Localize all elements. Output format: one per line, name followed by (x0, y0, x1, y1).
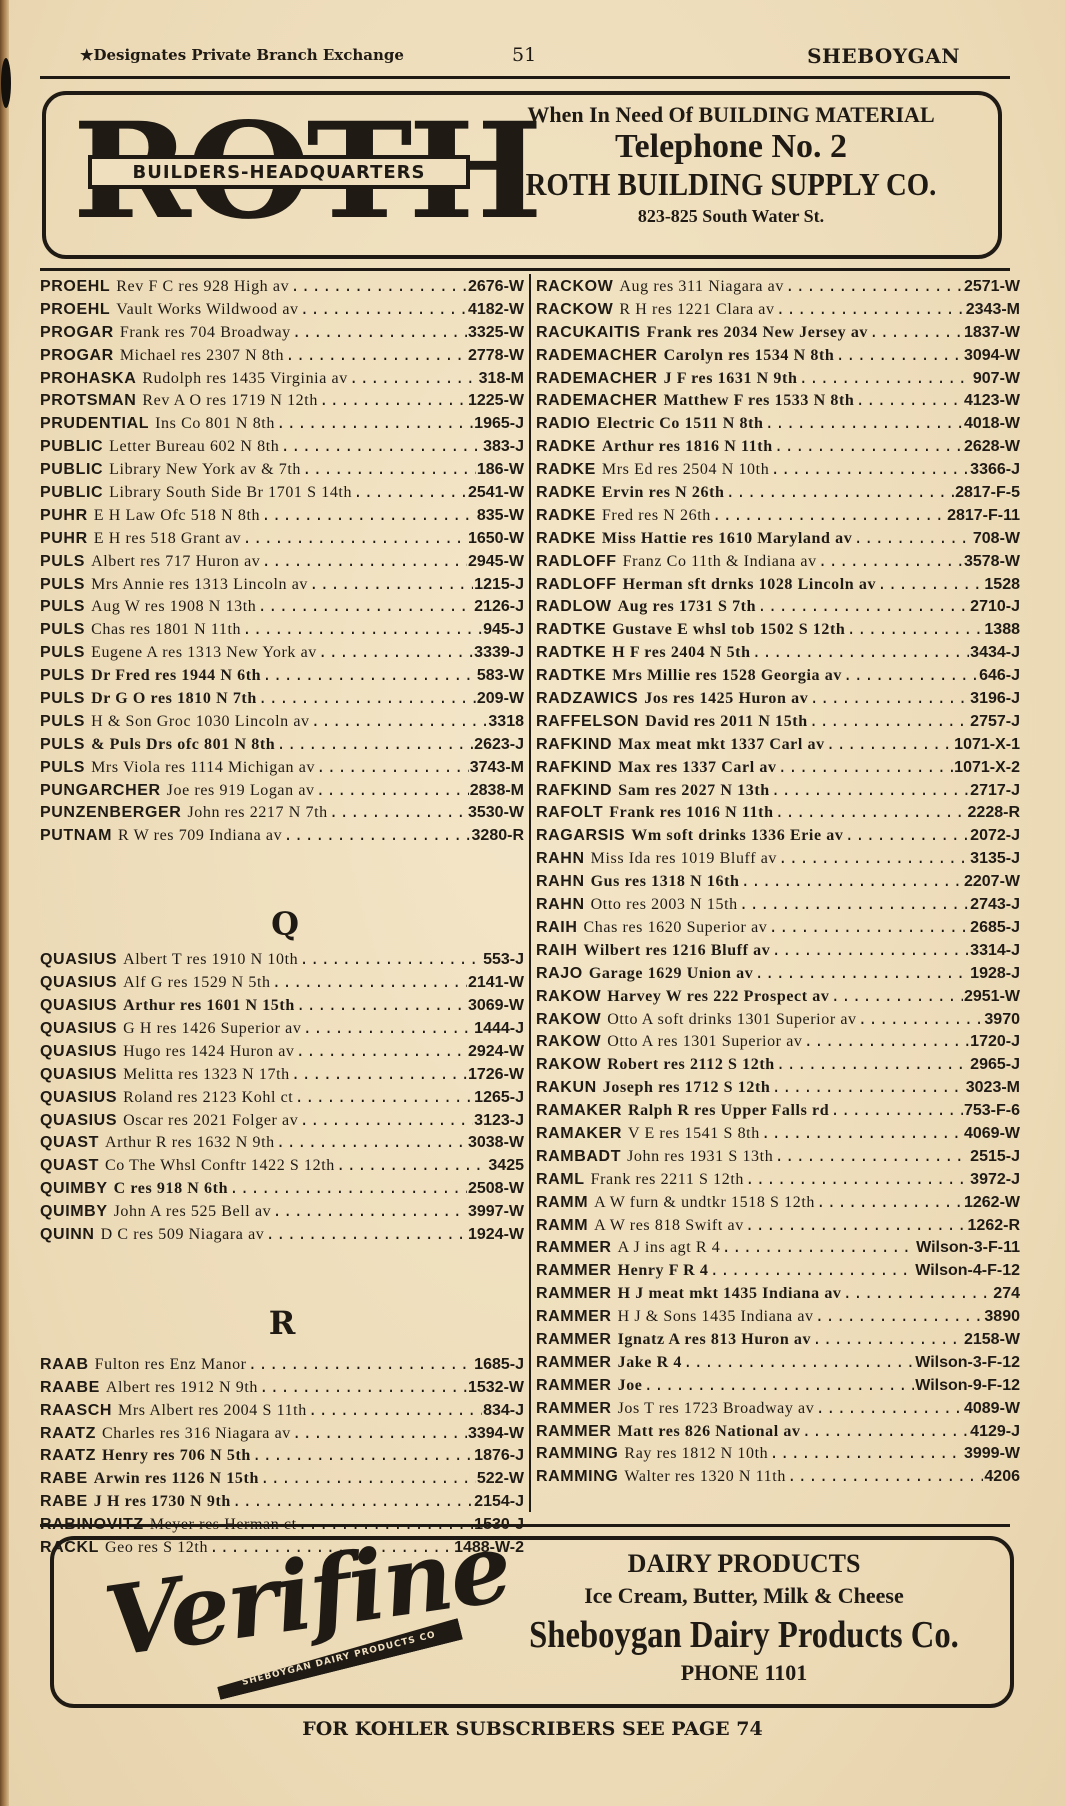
listing-entry: PROEHLVault Works Wildwood av4182-W (40, 299, 524, 322)
listing-entry: RADEMACHERJ F res 1631 N 9th907-W (536, 368, 1020, 391)
listing-entry: PUTNAMR W res 709 Indiana av3280-R (40, 825, 524, 848)
listing-column-left: PROEHLRev F C res 928 High av2676-W PROE… (40, 276, 524, 1560)
listing-entry: RAJOGarage 1629 Union av1928-J (536, 963, 1020, 986)
listing-entry: PROEHLRev F C res 928 High av2676-W (40, 276, 524, 299)
listing-entry: RADKEMiss Hattie res 1610 Maryland av708… (536, 528, 1020, 551)
listing-entry: RAKUNJoseph res 1712 S 12th3023-M (536, 1077, 1020, 1100)
listing-entry: RADIOElectric Co 1511 N 8th4018-W (536, 413, 1020, 436)
listing-entry: QUASIUSAlbert T res 1910 N 10th553-J (40, 949, 524, 972)
listing-entry: QUIMBYJohn A res 525 Bell av3997-W (40, 1201, 524, 1224)
listing-entry: RAMLFrank res 2211 S 12th3972-J (536, 1169, 1020, 1192)
section-heading-r: R (40, 1268, 524, 1354)
listing-entry: RADKEFred res N 26th2817-F-11 (536, 505, 1020, 528)
listing-entry: PROGARMichael res 2307 N 8th2778-W (40, 345, 524, 368)
listing-entry: RAMAKERV E res 1541 S 8th4069-W (536, 1123, 1020, 1146)
roth-advertisement: ROTH BUILDERS-HEADQUARTERS When In Need … (42, 91, 1002, 259)
listing-entry: QUASTCo The Whsl Conftr 1422 S 12th3425 (40, 1155, 524, 1178)
section-heading-q: Q (40, 881, 530, 949)
listing-entry: QUASIUSArthur res 1601 N 15th3069-W (40, 995, 524, 1018)
listing-entry: PULS& Puls Drs ofc 801 N 8th2623-J (40, 734, 524, 757)
page-header: ★Designates Private Branch Exchange 51 S… (80, 44, 960, 68)
listing-entry: RAABFulton res Enz Manor1685-J (40, 1354, 524, 1377)
listing-entry: PUBLICLibrary New York av & 7th186-W (40, 459, 524, 482)
listing-entry: RAFKINDMax meat mkt 1337 Carl av1071-X-1 (536, 734, 1020, 757)
listing-entry: RAMMINGRay res 1812 N 10th3999-W (536, 1443, 1020, 1466)
listing-entry: RACKOWAug res 311 Niagara av2571-W (536, 276, 1020, 299)
listing-entry: PUNZENBERGERJohn res 2217 N 7th3530-W (40, 802, 524, 825)
listing-entry: PULSAug W res 1908 N 13th2126-J (40, 596, 524, 619)
listing-entry: PULSChas res 1801 N 11th945-J (40, 619, 524, 642)
dairy-heading: DAIRY PRODUCTS (494, 1548, 994, 1580)
listing-entry: RAMMERA J ins agt R 4Wilson-3-F-11 (536, 1237, 1020, 1260)
listing-entry: PULSAlbert res 717 Huron av2945-W (40, 551, 524, 574)
listing-entry: RAKOWOtto A soft drinks 1301 Superior av… (536, 1009, 1020, 1032)
roth-address: 823-825 South Water St. (476, 203, 986, 229)
listing-entry: QUASIUSRoland res 2123 Kohl ct1265-J (40, 1087, 524, 1110)
roth-ad-text: When In Need Of BUILDING MATERIAL Teleph… (476, 101, 986, 229)
listing-entry: RAMMERJoeWilson-9-F-12 (536, 1375, 1020, 1398)
page-number: 51 (512, 44, 536, 66)
listing-top-rule (40, 268, 1010, 271)
listing-entry: QUASIUSOscar res 2021 Folger av3123-J (40, 1110, 524, 1133)
listing-entry: RADTKEH F res 2404 N 5th3434-J (536, 642, 1020, 665)
listing-entry: RACUKAITISFrank res 2034 New Jersey av18… (536, 322, 1020, 345)
listing-entry: RAABEAlbert res 1912 N 9th1532-W (40, 1377, 524, 1400)
verifine-script: Verifine (98, 1510, 516, 1678)
listing-entry: RAMMERHenry F R 4Wilson-4-F-12 (536, 1260, 1020, 1283)
listing-entry: RABEJ H res 1730 N 9th2154-J (40, 1491, 524, 1514)
roth-telephone: Telephone No. 2 (476, 129, 986, 165)
listing-entry: RADKEArthur res 1816 N 11th2628-W (536, 436, 1020, 459)
listing-entry: PULSMrs Annie res 1313 Lincoln av1215-J (40, 574, 524, 597)
listing-entry: RAMMERJos T res 1723 Broadway av4089-W (536, 1398, 1020, 1421)
listing-entry: PULSDr Fred res 1944 N 6th583-W (40, 665, 524, 688)
footer-note: FOR KOHLER SUBSCRIBERS SEE PAGE 74 (0, 1718, 1065, 1740)
listing-entry: RAGARSISWm soft drinks 1336 Erie av2072-… (536, 825, 1020, 848)
listing-entry: RAMBADTJohn res 1931 S 13th2515-J (536, 1146, 1020, 1169)
listing-entry: RAMMERIgnatz A res 813 Huron av2158-W (536, 1329, 1020, 1352)
listing-entry: RACKOWR H res 1221 Clara av2343-M (536, 299, 1020, 322)
listing-entry: RAFFELSONDavid res 2011 N 15th2757-J (536, 711, 1020, 734)
roth-logo: ROTH BUILDERS-HEADQUARTERS (88, 111, 478, 239)
listing-entry: PUHRE H res 518 Grant av1650-W (40, 528, 524, 551)
listing-entry: RAMAKERRalph R res Upper Falls rd753-F-6 (536, 1100, 1020, 1123)
listing-entry: RADLOFFHerman sft drnks 1028 Lincoln av1… (536, 574, 1020, 597)
listing-entry: QUASIUSHugo res 1424 Huron av2924-W (40, 1041, 524, 1064)
listing-entry: QUIMBYC res 918 N 6th2508-W (40, 1178, 524, 1201)
listing-entry: RADLOFFFranz Co 11th & Indiana av3578-W (536, 551, 1020, 574)
header-rule (40, 76, 1010, 79)
listing-entry: RADEMACHERCarolyn res 1534 N 8th3094-W (536, 345, 1020, 368)
listing-entry: RAHNGus res 1318 N 16th2207-W (536, 871, 1020, 894)
listing-entry: RAATZHenry res 706 N 5th1876-J (40, 1445, 524, 1468)
roth-tagline: When In Need Of BUILDING MATERIAL (476, 101, 986, 129)
listing-entry: PUNGARCHERJoe res 919 Logan av2838-M (40, 780, 524, 803)
listing-bottom-rule (40, 1524, 1010, 1527)
listing-entry: QUASIUSG H res 1426 Superior av1444-J (40, 1018, 524, 1041)
listing-entry: RAMMA W furn & undtkr 1518 S 12th1262-W (536, 1192, 1020, 1215)
listing-entry: PROGARFrank res 704 Broadway3325-W (40, 322, 524, 345)
listing-entry: PUBLICLetter Bureau 602 N 8th383-J (40, 436, 524, 459)
listing-entry: RAATZCharles res 316 Niagara av3394-W (40, 1423, 524, 1446)
listing-entry: RAASCHMrs Albert res 2004 S 11th834-J (40, 1400, 524, 1423)
listing-entry: QUASTArthur R res 1632 N 9th3038-W (40, 1132, 524, 1155)
listing-entry: PROTSMANRev A O res 1719 N 12th1225-W (40, 390, 524, 413)
listing-entry: PUBLICLibrary South Side Br 1701 S 14th2… (40, 482, 524, 505)
dairy-products-list: Ice Cream, Butter, Milk & Cheese (494, 1580, 994, 1612)
listing-entry: RADEMACHERMatthew F res 1533 N 8th4123-W (536, 390, 1020, 413)
listing-entry: RAKOWRobert res 2112 S 12th2965-J (536, 1054, 1020, 1077)
listing-entry: RAFOLTFrank res 1016 N 11th2228-R (536, 802, 1020, 825)
verifine-logo: Verifine SHEBOYGAN DAIRY PRODUCTS CO (94, 1550, 514, 1700)
listing-entry: PUHRE H Law Ofc 518 N 8th835-W (40, 505, 524, 528)
listing-column-right: RACKOWAug res 311 Niagara av2571-W RACKO… (536, 276, 1020, 1489)
dairy-company: Sheboygan Dairy Products Co. (529, 1612, 959, 1658)
listing-entry: RAMMERH J & Sons 1435 Indiana av3890 (536, 1306, 1020, 1329)
listing-entry: RAIHWilbert res 1216 Bluff av3314-J (536, 940, 1020, 963)
dairy-advertisement: Verifine SHEBOYGAN DAIRY PRODUCTS CO DAI… (50, 1536, 1014, 1708)
listing-entry: RADLOWAug res 1731 S 7th2710-J (536, 596, 1020, 619)
listing-entry: RADKEErvin res N 26th2817-F-5 (536, 482, 1020, 505)
listing-entry: RAFKINDSam res 2027 N 13th2717-J (536, 780, 1020, 803)
listing-entry: RAIHChas res 1620 Superior av2685-J (536, 917, 1020, 940)
listing-entry: PRUDENTIALIns Co 801 N 8th1965-J (40, 413, 524, 436)
listing-entry: RAKOWOtto A res 1301 Superior av1720-J (536, 1031, 1020, 1054)
listing-entry: RAFKINDMax res 1337 Carl av1071-X-2 (536, 757, 1020, 780)
listing-entry: RAHNOtto res 2003 N 15th2743-J (536, 894, 1020, 917)
listing-entry: RAMMERJake R 4Wilson-3-F-12 (536, 1352, 1020, 1375)
listing-entry: RAHNMiss Ida res 1019 Bluff av3135-J (536, 848, 1020, 871)
listing-entry: RADTKEGustave E whsl tob 1502 S 12th1388 (536, 619, 1020, 642)
listing-entry: PULSH & Son Groc 1030 Lincoln av3318 (40, 711, 524, 734)
listing-entry: PROHASKARudolph res 1435 Virginia av318-… (40, 368, 524, 391)
binding-mark (1, 58, 11, 108)
listing-entry: PULSMrs Viola res 1114 Michigan av3743-M (40, 757, 524, 780)
listing-entry: QUINND C res 509 Niagara av1924-W (40, 1224, 524, 1247)
listing-entry: QUASIUSMelitta res 1323 N 17th1726-W (40, 1064, 524, 1087)
section-q-entries: QUASIUSAlbert T res 1910 N 10th553-J QUA… (40, 949, 524, 1247)
listing-entry: RAMMA W res 818 Swift av1262-R (536, 1215, 1020, 1238)
listing-entry: RAMMINGWalter res 1320 N 11th4206 (536, 1466, 1020, 1489)
roth-company: ROTH BUILDING SUPPLY CO. (502, 165, 961, 203)
listing-entry: RADZAWICSJos res 1425 Huron av3196-J (536, 688, 1020, 711)
listing-entry: RAMMERH J meat mkt 1435 Indiana av274 (536, 1283, 1020, 1306)
roth-logo-band: BUILDERS-HEADQUARTERS (88, 155, 470, 189)
listing-entry: RAKOWHarvey W res 222 Prospect av2951-W (536, 986, 1020, 1009)
listing-entry: RABEArwin res 1126 N 15th522-W (40, 1468, 524, 1491)
listing-entry: QUASIUSAlf G res 1529 N 5th2141-W (40, 972, 524, 995)
dairy-ad-text: DAIRY PRODUCTS Ice Cream, Butter, Milk &… (494, 1548, 994, 1688)
listing-entry: PULSDr G O res 1810 N 7th209-W (40, 688, 524, 711)
pbx-legend: ★Designates Private Branch Exchange (80, 46, 404, 64)
section-p-entries: PROEHLRev F C res 928 High av2676-W PROE… (40, 276, 524, 848)
dairy-phone: PHONE 1101 (494, 1658, 994, 1688)
listing-entry: RAMMERMatt res 826 National av4129-J (536, 1421, 1020, 1444)
listing-entry: PULSEugene A res 1313 New York av3339-J (40, 642, 524, 665)
listing-entry: RADKEMrs Ed res 2504 N 10th3366-J (536, 459, 1020, 482)
listing-entry: RADTKEMrs Millie res 1528 Georgia av646-… (536, 665, 1020, 688)
city-title: SHEBOYGAN (807, 44, 960, 68)
book-spine-edge (0, 0, 9, 1806)
